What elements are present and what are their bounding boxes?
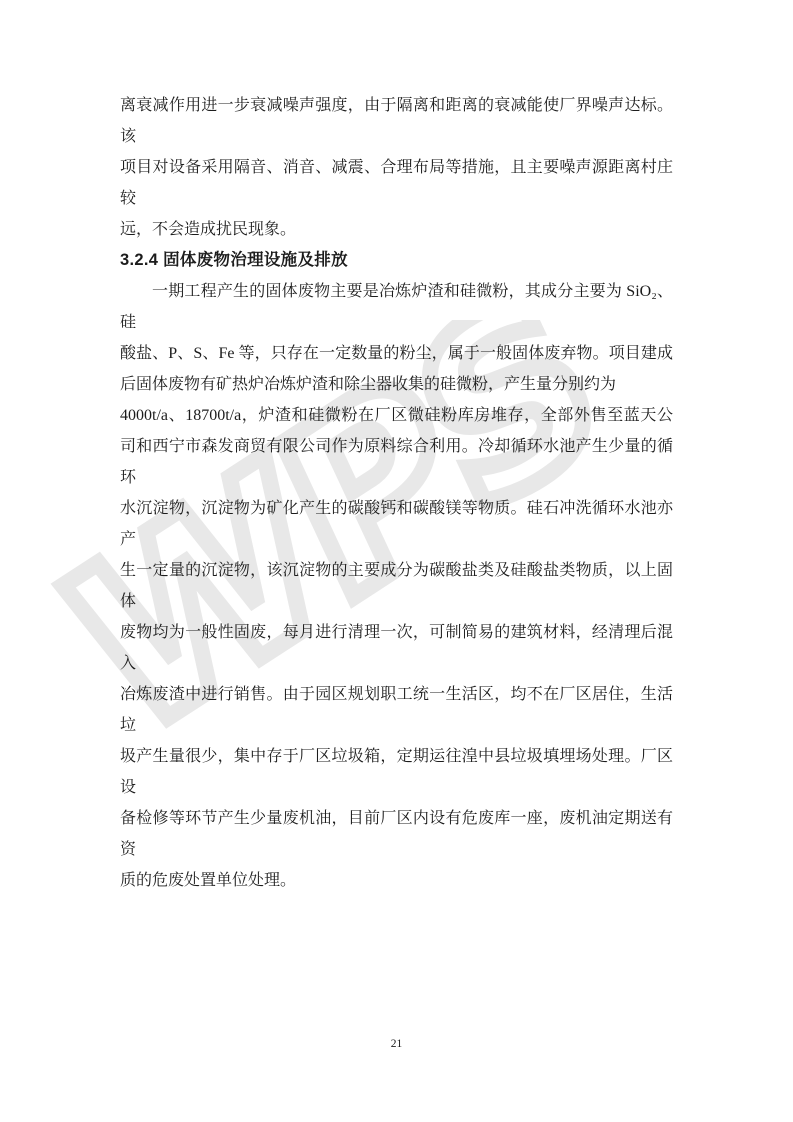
text-line: 司和西宁市森发商贸有限公司作为原料综合利用。冷却循环水池产生少量的循环 bbox=[120, 431, 673, 493]
text-line: 酸盐、P、S、Fe 等，只存在一定数量的粉尘，属于一般固体废弃物。项目建成 bbox=[120, 338, 673, 369]
text-line: 质的危废处置单位处理。 bbox=[120, 865, 673, 896]
document-page: WPS 离衰减作用进一步衰减噪声强度，由于隔离和距离的衰减能使厂界噪声达标。该 … bbox=[0, 0, 793, 1122]
text-line: 远，不会造成扰民现象。 bbox=[120, 214, 673, 245]
text-line: 生一定量的沉淀物，该沉淀物的主要成分为碳酸盐类及硅酸盐类物质，以上固体 bbox=[120, 555, 673, 617]
text-line: 离衰减作用进一步衰减噪声强度，由于隔离和距离的衰减能使厂界噪声达标。该 bbox=[120, 90, 673, 152]
text-line: 后固体废物有矿热炉冶炼炉渣和除尘器收集的硅微粉，产生量分别约为 bbox=[120, 369, 673, 400]
text-line: 备检修等环节产生少量废机油，目前厂区内设有危废库一座，废机油定期送有资 bbox=[120, 803, 673, 865]
text-line: 废物均为一般性固废，每月进行清理一次，可制简易的建筑材料，经清理后混入 bbox=[120, 617, 673, 679]
text-line: 一期工程产生的固体废物主要是冶炼炉渣和硅微粉，其成分主要为 SiO₂、硅 bbox=[120, 276, 673, 338]
paragraph-noise-control: 离衰减作用进一步衰减噪声强度，由于隔离和距离的衰减能使厂界噪声达标。该 项目对设… bbox=[120, 90, 673, 245]
text-line: 项目对设备采用隔音、消音、减震、合理布局等措施，且主要噪声源距离村庄较 bbox=[120, 152, 673, 214]
page-number: 21 bbox=[0, 1036, 793, 1052]
text-line: 圾产生量很少，集中存于厂区垃圾箱，定期运往湟中县垃圾填埋场处理。厂区设 bbox=[120, 741, 673, 803]
text-line: 冶炼废渣中进行销售。由于园区规划职工统一生活区，均不在厂区居住，生活垃 bbox=[120, 679, 673, 741]
paragraph-solid-waste: 一期工程产生的固体废物主要是冶炼炉渣和硅微粉，其成分主要为 SiO₂、硅 酸盐、… bbox=[120, 276, 673, 896]
document-body: 离衰减作用进一步衰减噪声强度，由于隔离和距离的衰减能使厂界噪声达标。该 项目对设… bbox=[120, 90, 673, 896]
text-line: 水沉淀物，沉淀物为矿化产生的碳酸钙和碳酸镁等物质。硅石冲洗循环水池亦产 bbox=[120, 493, 673, 555]
section-heading-3-2-4: 3.2.4 固体废物治理设施及排放 bbox=[120, 245, 673, 276]
text-line: 4000t/a、18700t/a，炉渣和硅微粉在厂区微硅粉库房堆存，全部外售至蓝… bbox=[120, 400, 673, 431]
